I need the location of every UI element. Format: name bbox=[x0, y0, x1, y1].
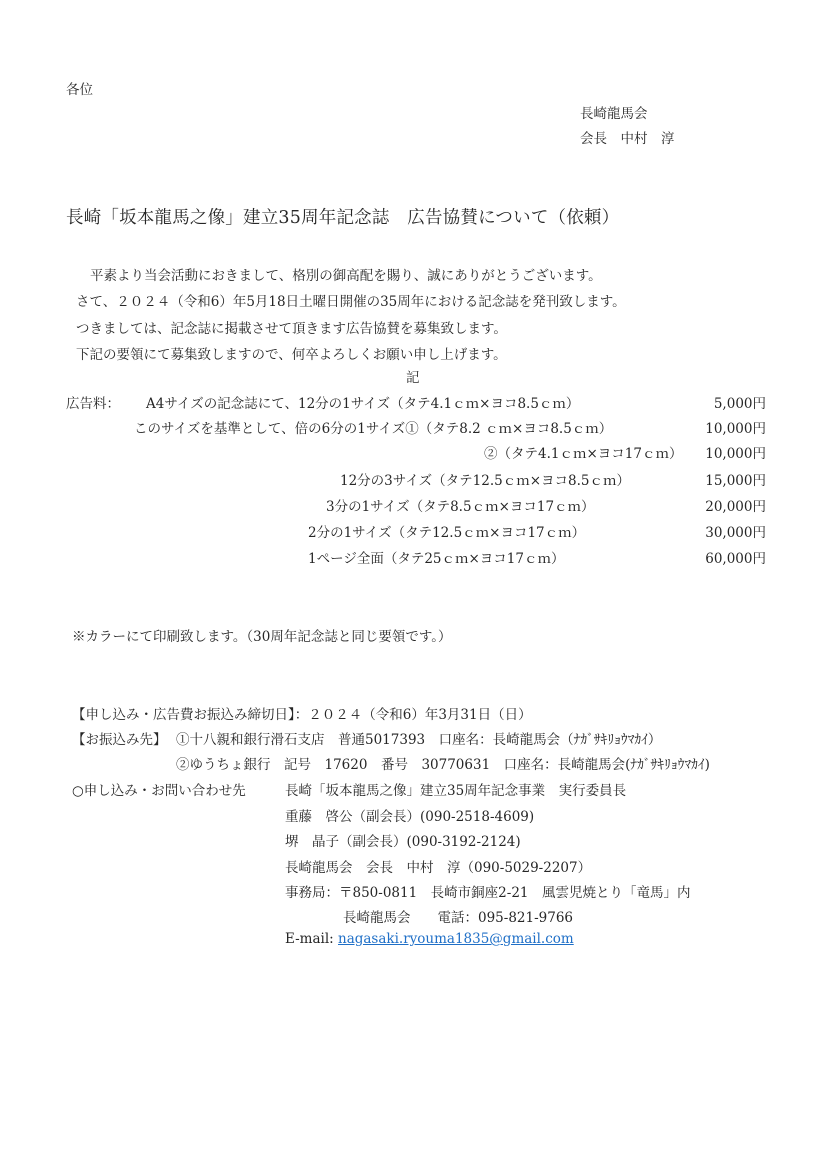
paragraph-greeting: 平素より当会活動におきまして、格別の御高配を賜り、誠にありがとうございます。 bbox=[90, 264, 602, 284]
fee-price: 20,000円 bbox=[705, 495, 766, 515]
deadline: 【申し込み・広告費お振込み締切日】：２０２４（令和6）年3月31日（日） bbox=[72, 703, 532, 723]
contact-committee: 長崎「坂本龍馬之像」建立35周年記念事業 実行委員長 bbox=[285, 779, 626, 799]
fee-desc: 1ページ全面（タテ25ｃｍ×ヨコ17ｃｍ） bbox=[308, 547, 565, 567]
email-line: E-mail: nagasaki.ryouma1835@gmail.com bbox=[285, 931, 574, 947]
ki-heading: 記 bbox=[406, 366, 420, 386]
office-address: 事務局：〒850-0811 長崎市銅座2-21 風雲児焼とり「竜馬」内 bbox=[285, 881, 691, 901]
fee-price: 30,000円 bbox=[705, 521, 766, 541]
fee-price: 10,000円 bbox=[705, 442, 766, 462]
fee-desc: 12分の3サイズ（タテ12.5ｃｍ×ヨコ8.5ｃｍ） bbox=[340, 469, 630, 489]
fee-desc: ②（タテ4.1ｃｍ×ヨコ17ｃｍ） bbox=[484, 442, 682, 462]
fee-price: 5,000円 bbox=[714, 392, 766, 412]
document-title: 長崎「坂本龍馬之像」建立35周年記念誌 広告協賛について（依頼） bbox=[66, 204, 619, 229]
fee-price: 15,000円 bbox=[705, 469, 766, 489]
fee-price: 10,000円 bbox=[705, 417, 766, 437]
fee-price: 60,000円 bbox=[705, 547, 766, 567]
paragraph-solicitation: つきましては、記念誌に掲載させて頂きます広告協賛を募集致します。 bbox=[76, 317, 507, 337]
fee-desc: A4サイズの記念誌にて、12分の1サイズ（タテ4.1ｃｍ×ヨコ8.5ｃｍ） bbox=[146, 392, 579, 412]
paragraph-announcement: さて、２０２４（令和6）年5月18日土曜日開催の35周年における記念誌を発刊致し… bbox=[76, 290, 626, 310]
email-link[interactable]: nagasaki.ryouma1835@gmail.com bbox=[338, 931, 574, 947]
contact-label: ○申し込み・お問い合わせ先 bbox=[72, 779, 246, 799]
contact-line: 重藤 啓公（副会長）(090-2518-4609) bbox=[285, 805, 534, 825]
sender-person: 会長 中村 淳 bbox=[580, 127, 675, 147]
paragraph-request: 下記の要領にて募集致しますので、何卒よろしくお願い申し上げます。 bbox=[76, 343, 507, 363]
contact-line: 長崎龍馬会 会長 中村 淳（090-5029-2207） bbox=[285, 856, 591, 876]
addressee: 各位 bbox=[66, 78, 93, 98]
transfer-account-2: ②ゆうちょ銀行 記号 17620 番号 30770631 口座名：長崎龍馬会(ﾅ… bbox=[176, 753, 710, 773]
email-label: E-mail: bbox=[285, 931, 338, 947]
fee-desc: 3分の1サイズ（タテ8.5ｃｍ×ヨコ17ｃｍ） bbox=[326, 495, 595, 515]
sender-org: 長崎龍馬会 bbox=[580, 102, 648, 122]
fee-desc: 2分の1サイズ（タテ12.5ｃｍ×ヨコ17ｃｍ） bbox=[308, 521, 585, 541]
transfer-label: 【お振込み先】 bbox=[72, 728, 167, 748]
transfer-account-1: ①十八親和銀行滑石支店 普通5017393 口座名：長崎龍馬会（ﾅｶﾞｻｷﾘｮｳ… bbox=[176, 728, 661, 748]
fee-desc: このサイズを基準として、倍の6分の1サイズ①（タテ8.2 ｃｍ×ヨコ8.5ｃｍ） bbox=[134, 417, 612, 437]
office-phone: 長崎龍馬会 電話：095-821-9766 bbox=[343, 906, 573, 926]
color-print-note: ※カラーにて印刷致します。（30周年記念誌と同じ要領です。） bbox=[72, 625, 452, 645]
fee-label: 広告料： bbox=[66, 392, 120, 412]
contact-line: 堺 晶子（副会長）(090-3192-2124) bbox=[285, 830, 521, 850]
